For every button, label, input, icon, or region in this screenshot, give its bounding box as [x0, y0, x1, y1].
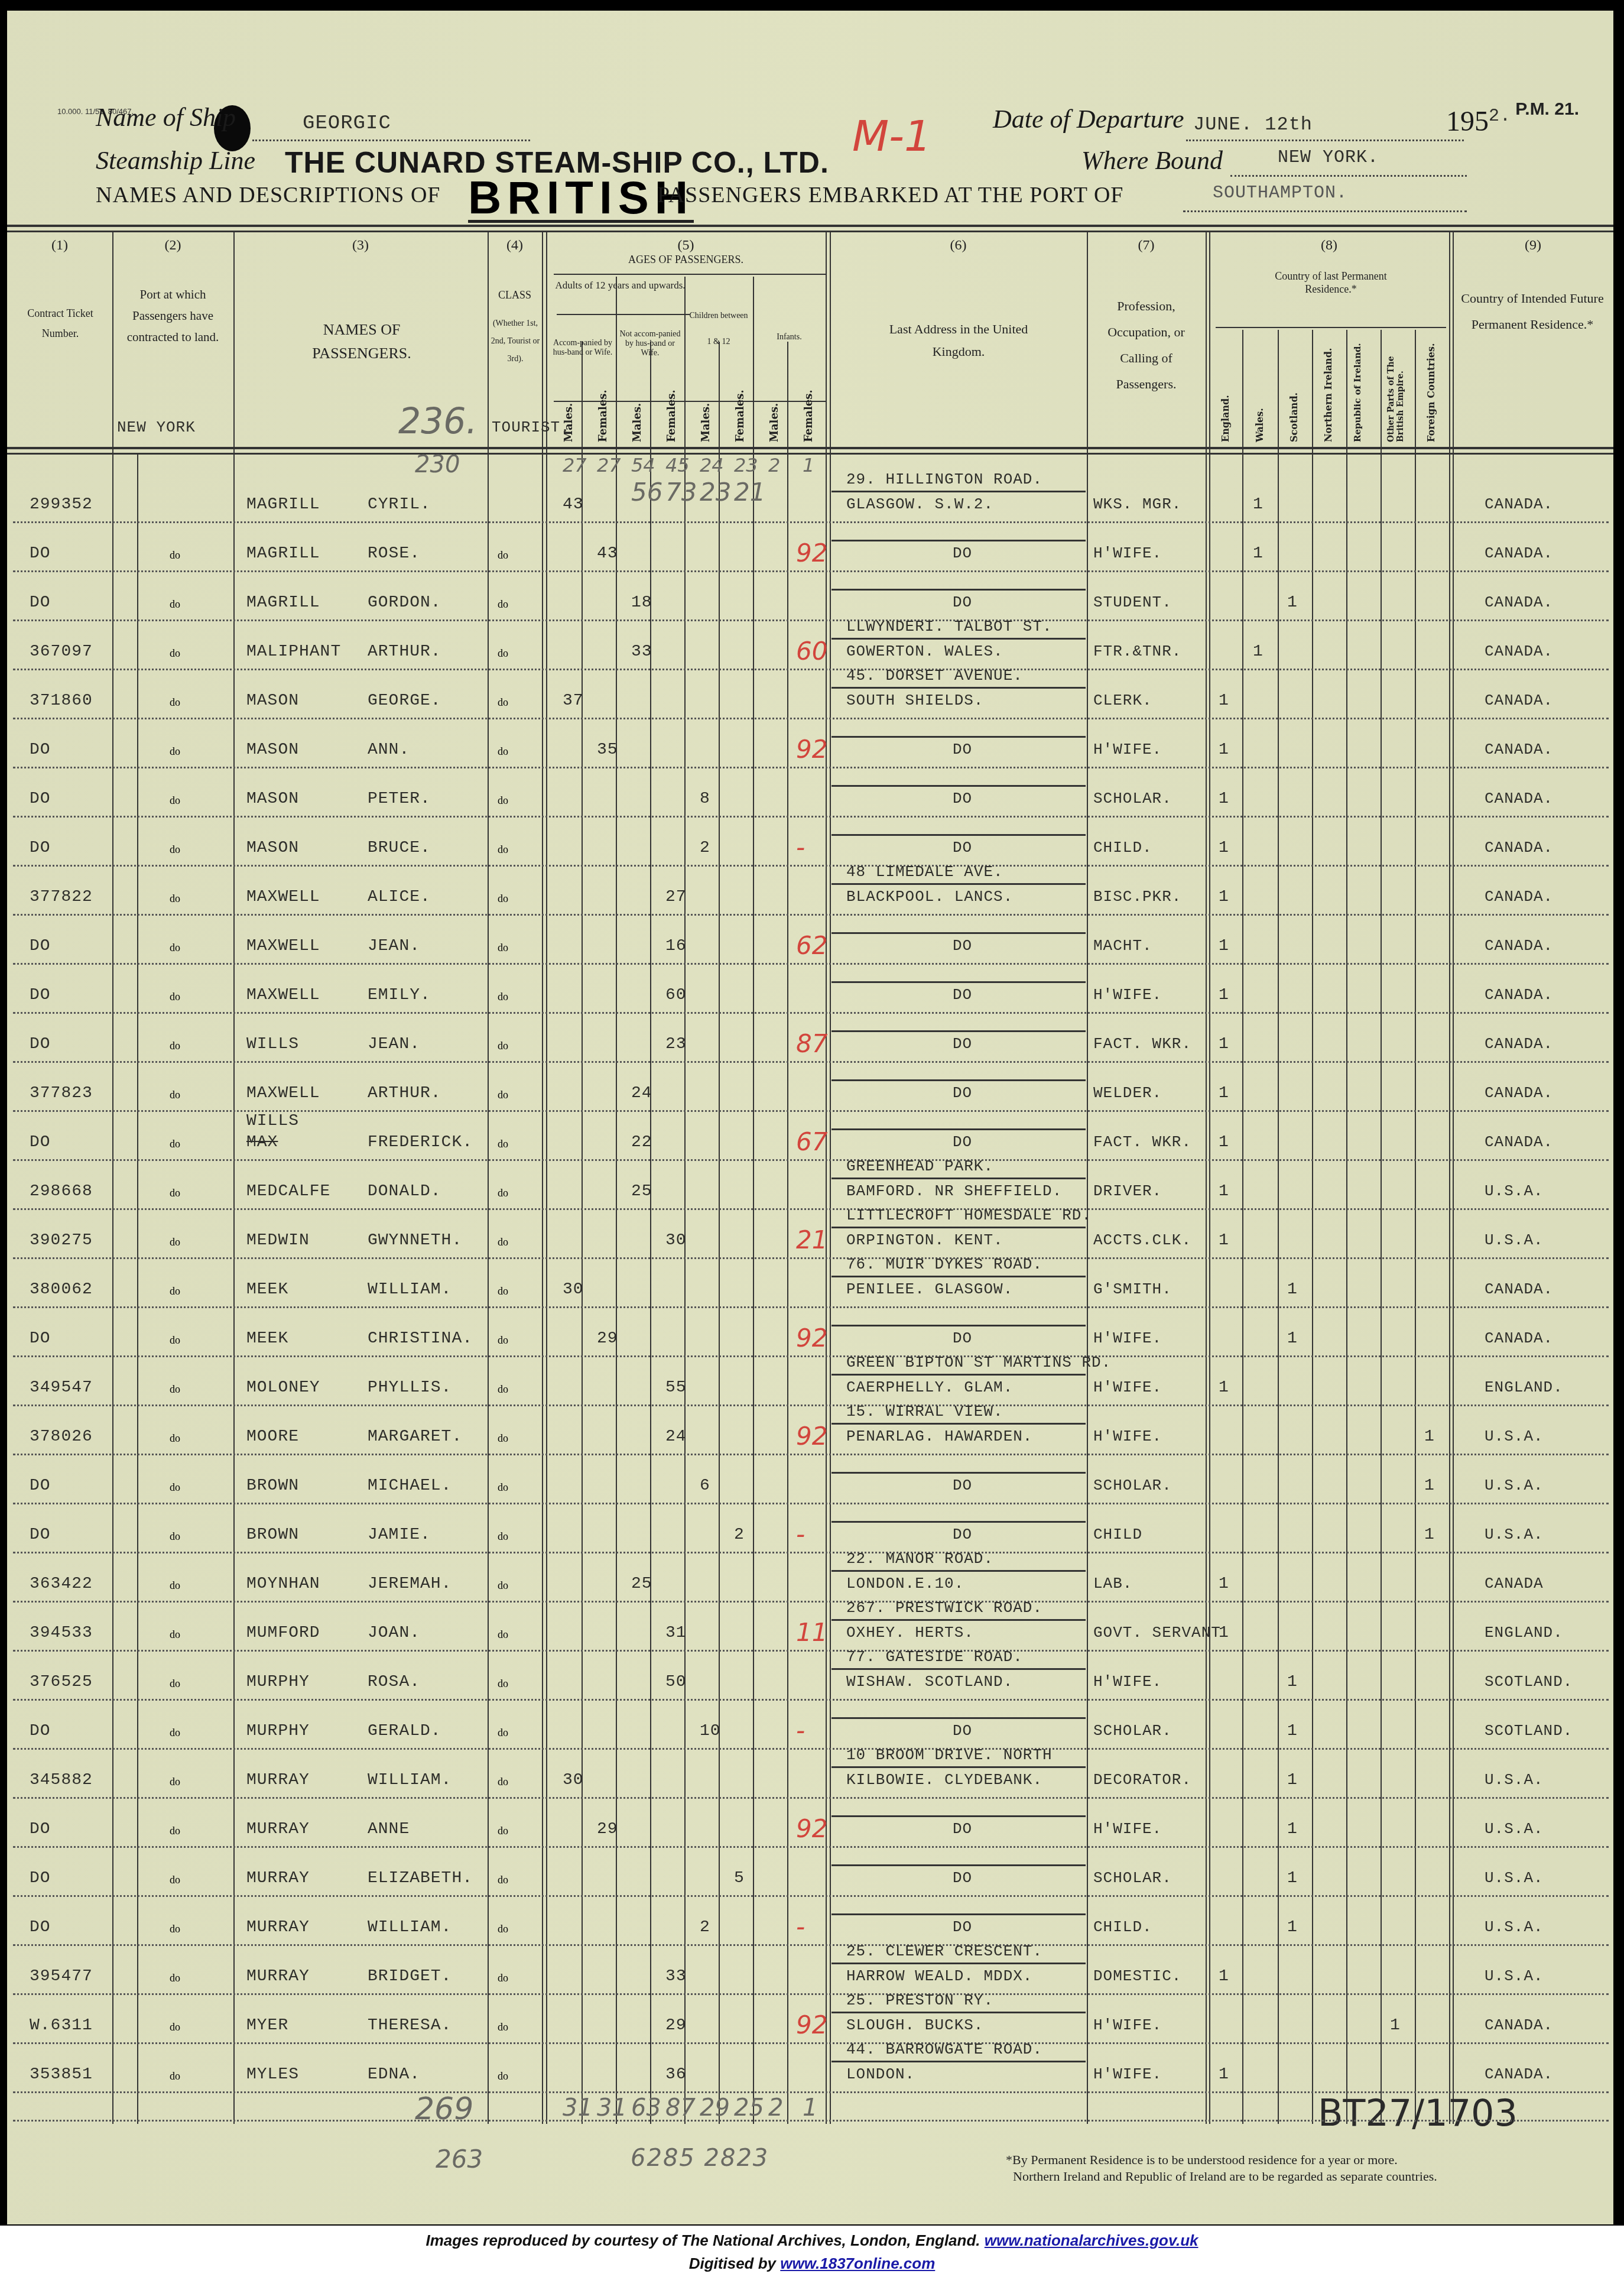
col-divider [1278, 330, 1279, 2124]
class-ditto: do [498, 1383, 508, 1396]
col7-header: Profession, Occupation, or Calling of Pa… [1094, 293, 1198, 397]
class-ditto: do [498, 1089, 508, 1101]
red-annotation: 11 [796, 1618, 827, 1647]
col9-num: (9) [1453, 235, 1613, 255]
country-british-empire-header: Other Parts of The British Empire. [1386, 342, 1410, 442]
archive-reference: BT27/1703 [1318, 2091, 1518, 2135]
future-residence: CANADA. [1485, 593, 1553, 611]
future-residence: U.S.A. [1485, 1526, 1544, 1543]
address-rule [832, 1619, 1086, 1621]
country-mark: 1 [1219, 1231, 1229, 1250]
row-dotted-rule [13, 1257, 1609, 1259]
surname: MYER [246, 2016, 288, 2035]
age-value: 43 [597, 544, 618, 563]
address-line-2: DO [953, 986, 972, 1004]
occupation: H'WIFE. [1093, 2065, 1162, 2083]
country-mark: 1 [1219, 839, 1229, 857]
red-annotation: - [796, 833, 805, 862]
ticket-number: 371860 [30, 692, 93, 710]
tally-bottom-value: 25 [734, 2094, 764, 2122]
country-mark: 1 [1219, 986, 1229, 1004]
address-line-2: ORPINGTON. KENT. [846, 1231, 1003, 1249]
surname: MAGRILL [246, 593, 320, 612]
port-ditto: do [170, 598, 180, 611]
given-name: JEREMAH. [368, 1575, 452, 1593]
port-ditto: do [170, 745, 180, 758]
given-name: ALICE. [368, 888, 431, 906]
tally-bottom-value: 29 [700, 2094, 730, 2122]
occupation: ACCTS.CLK. [1093, 1231, 1191, 1249]
address-line-2: WISHAW. SCOTLAND. [846, 1673, 1013, 1691]
occupation: SCHOLAR. [1093, 1722, 1172, 1740]
row-dotted-rule [13, 1797, 1609, 1799]
given-name: ROSE. [368, 544, 420, 563]
1837online-link[interactable]: www.1837online.com [780, 2255, 935, 2272]
occupation: STUDENT. [1093, 593, 1172, 611]
col4-class-value: TOURIST. [492, 419, 570, 436]
ticket-number: 377823 [30, 1084, 93, 1102]
age-value: 43 [563, 495, 584, 514]
class-ditto: do [498, 1579, 508, 1592]
steamship-line-label: Steamship Line [96, 145, 255, 176]
address-line-1: 267. PRESTWICK ROAD. [846, 1599, 1042, 1617]
tally-top-value: 27 [563, 454, 587, 476]
surname: MURRAY [246, 1869, 310, 1887]
age-value: 33 [631, 643, 652, 661]
row-dotted-rule [13, 1650, 1609, 1652]
given-name: WILLIAM. [368, 1771, 452, 1789]
country-mark: 1 [1219, 937, 1229, 955]
col8-num: (8) [1209, 235, 1449, 255]
port-ditto: do [170, 942, 180, 954]
red-annotation-m1: M-1 [852, 111, 931, 161]
occupation: CHILD. [1093, 1918, 1152, 1936]
address-rule [832, 1815, 1086, 1817]
surname: MOORE [246, 1428, 299, 1446]
col3-pencil-count: 236. [398, 401, 478, 442]
age-value: 18 [631, 593, 652, 612]
country-northern-ireland-header: Northern Ireland. [1323, 342, 1334, 442]
occupation: H'WIFE. [1093, 1329, 1162, 1347]
col5-header: AGES OF PASSENGERS. [546, 253, 826, 266]
address-rule [832, 932, 1086, 934]
row-dotted-rule [13, 669, 1609, 670]
class-ditto: do [498, 1727, 508, 1739]
surname: WILLS [246, 1035, 299, 1053]
col-divider [1381, 330, 1382, 2124]
country-mark: 1 [1219, 1035, 1229, 1053]
col5-num: (5) [546, 235, 826, 255]
country-mark: 1 [1219, 1967, 1229, 1986]
port-value: SOUTHAMPTON. [1213, 183, 1347, 203]
age-value: 31 [665, 1624, 687, 1642]
age-value: 29 [665, 2016, 687, 2035]
ticket-number: DO [30, 1133, 51, 1152]
row-dotted-rule [13, 1699, 1609, 1701]
tally-name-top: 230 [415, 451, 460, 478]
country-mark: 1 [1253, 495, 1264, 514]
address-rule [832, 540, 1086, 541]
port-ditto: do [170, 893, 180, 905]
row-dotted-rule [13, 1454, 1609, 1455]
address-line-1: 22. MANOR ROAD. [846, 1550, 993, 1568]
future-residence: CANADA. [1485, 888, 1553, 906]
occupation: H'WIFE. [1093, 1673, 1162, 1691]
col4-num: (4) [488, 235, 542, 255]
address-line-2: LONDON. [846, 2065, 915, 2083]
address-line-2: DO [953, 839, 972, 857]
country-mark: 1 [1219, 790, 1229, 808]
class-ditto: do [498, 1776, 508, 1788]
port-ditto: do [170, 844, 180, 856]
ship-name-value: GEORGIC [303, 112, 391, 135]
port-ditto: do [170, 696, 180, 709]
row-dotted-rule [13, 1159, 1609, 1161]
class-ditto: do [498, 1236, 508, 1248]
occupation: H'WIFE. [1093, 1378, 1162, 1396]
surname: MOYNHAN [246, 1575, 320, 1593]
males-header: Males. [631, 407, 644, 442]
occupation: H'WIFE. [1093, 2016, 1162, 2034]
row-dotted-rule [13, 1944, 1609, 1946]
tally-name-total: 269 [415, 2091, 473, 2127]
address-line-2: DO [953, 790, 972, 807]
address-rule [832, 1766, 1086, 1768]
class-ditto: do [498, 696, 508, 709]
address-line-2: DO [953, 937, 972, 955]
col-divider [542, 232, 543, 2124]
address-line-2: SOUTH SHIELDS. [846, 692, 983, 709]
given-name: GORDON. [368, 593, 441, 612]
address-line-2: DO [953, 1722, 972, 1740]
surname: MALIPHANT [246, 643, 341, 661]
surname: MEDCALFE [246, 1182, 330, 1201]
row-dotted-rule [13, 1061, 1609, 1063]
given-name: JOAN. [368, 1624, 420, 1642]
tally-top-value: 1 [803, 454, 814, 476]
col8-header: Country of last Permanent Residence.* [1266, 270, 1396, 296]
given-name: MARGARET. [368, 1428, 462, 1446]
country-mark: 1 [1287, 1771, 1298, 1789]
surname: MASON [246, 692, 299, 710]
country-mark: 1 [1287, 1820, 1298, 1838]
address-rule [832, 638, 1086, 640]
port-ditto: do [170, 1972, 180, 1984]
given-name: ANNE [368, 1820, 410, 1838]
address-line-2: DO [953, 1869, 972, 1887]
row-dotted-rule [13, 1355, 1609, 1357]
row-dotted-rule [13, 1748, 1609, 1750]
red-annotation: 21 [796, 1225, 827, 1254]
country-foreign-header: Foreign Countries. [1425, 342, 1437, 442]
given-name: MICHAEL. [368, 1477, 452, 1495]
red-annotation: 62 [796, 931, 827, 960]
departure-date-value: JUNE. 12th [1193, 113, 1313, 135]
given-name: THERESA. [368, 2016, 452, 2035]
country-mark: 1 [1219, 1133, 1229, 1152]
red-annotation: 92 [796, 1422, 827, 1451]
tally-bottom-value: 87 [665, 2094, 696, 2122]
given-name: GWYNNETH. [368, 1231, 462, 1250]
future-residence: CANADA. [1485, 2016, 1553, 2034]
country-republic-ireland-header: Republic of Ireland. [1352, 342, 1376, 442]
surname: MUMFORD [246, 1624, 320, 1642]
tally-top-value-2: 73 [665, 478, 697, 507]
col-divider [830, 232, 831, 2124]
address-rule [832, 1472, 1086, 1474]
class-ditto: do [498, 1530, 508, 1543]
red-annotation: 60 [796, 637, 827, 666]
tally-bottom-value: 31 [597, 2094, 627, 2122]
col1-num: (1) [7, 235, 112, 255]
ticket-number: DO [30, 1820, 51, 1838]
address-rule [832, 1030, 1086, 1032]
occupation: LAB. [1093, 1575, 1132, 1592]
class-ditto: do [498, 2070, 508, 2083]
country-england-header: England. [1220, 342, 1231, 442]
port-ditto: do [170, 1874, 180, 1886]
age-value: 2 [700, 839, 710, 857]
col-divider [787, 342, 788, 2124]
given-name: JEAN. [368, 1035, 420, 1053]
future-residence: CANADA. [1485, 1329, 1553, 1347]
tally-bottom-value: 63 [631, 2094, 661, 2122]
col9-header: Country of Intended Future Permanent Res… [1459, 286, 1606, 338]
future-residence: CANADA. [1485, 790, 1553, 807]
red-annotation: 92 [796, 2010, 827, 2039]
address-rule [832, 1668, 1086, 1670]
red-annotation: 92 [796, 1324, 827, 1352]
ticket-number: DO [30, 544, 51, 563]
given-name: ARTHUR. [368, 1084, 441, 1102]
country-mark: 1 [1219, 1084, 1229, 1102]
adults-header: Adults of 12 years and upwards. [554, 280, 687, 291]
port-ditto: do [170, 1187, 180, 1199]
ticket-number: DO [30, 593, 51, 612]
given-name: JEAN. [368, 937, 420, 955]
tally-bottom-value: 31 [563, 2094, 593, 2122]
age-value: 55 [665, 1378, 687, 1397]
row-dotted-rule [13, 1601, 1609, 1603]
ticket-number: 367097 [30, 643, 93, 661]
ticket-number: DO [30, 1526, 51, 1544]
address-rule [832, 2012, 1086, 2013]
ticket-number: 298668 [30, 1182, 93, 1201]
future-residence: CANADA. [1485, 1035, 1553, 1053]
class-ditto: do [498, 1285, 508, 1298]
col3-num: (3) [233, 235, 488, 255]
address-line-2: KILBOWIE. CLYDEBANK. [846, 1771, 1042, 1789]
port-ditto: do [170, 1089, 180, 1101]
col-divider [1312, 330, 1313, 2124]
class-ditto: do [498, 1629, 508, 1641]
row-dotted-rule [13, 767, 1609, 768]
tally-top-value: 27 [597, 454, 621, 476]
country-mark: 1 [1424, 1477, 1435, 1495]
country-mark: 1 [1219, 1182, 1229, 1201]
address-line-2: GOWERTON. WALES. [846, 643, 1003, 660]
age-value: 30 [665, 1231, 687, 1250]
country-mark: 1 [1424, 1428, 1435, 1446]
address-rule [832, 1423, 1086, 1425]
port-ditto: do [170, 1923, 180, 1935]
address-rule [832, 1374, 1086, 1376]
future-residence: U.S.A. [1485, 1967, 1544, 1985]
credits-band: Images reproduced by courtesy of The Nat… [0, 2226, 1624, 2277]
credits-text-1: Images reproduced by courtesy of The Nat… [426, 2231, 980, 2249]
ticket-number: DO [30, 937, 51, 955]
class-ditto: do [498, 598, 508, 611]
address-line-2: HARROW WEALD. MDDX. [846, 1967, 1032, 1985]
occupation: H'WIFE. [1093, 1820, 1162, 1838]
occupation: DECORATOR. [1093, 1771, 1191, 1789]
surname: MASON [246, 839, 299, 857]
national-archives-link[interactable]: www.nationalarchives.gov.uk [985, 2231, 1198, 2249]
ticket-number: DO [30, 1329, 51, 1348]
class-ditto: do [498, 1334, 508, 1347]
future-residence: U.S.A. [1485, 1918, 1544, 1936]
address-line-2: OXHEY. HERTS. [846, 1624, 974, 1642]
col-divider [1209, 232, 1210, 2124]
bottom-dotted-rule [13, 2120, 1609, 2122]
surname: MOLONEY [246, 1378, 320, 1397]
address-rule [832, 1128, 1086, 1130]
header-rule-top-2 [7, 231, 1613, 232]
country-mark: 1 [1253, 643, 1264, 661]
country-mark: 1 [1219, 1575, 1229, 1593]
col-divider [112, 232, 113, 2124]
port-ditto: do [170, 1629, 180, 1641]
port-ditto: do [170, 1579, 180, 1592]
class-ditto: do [498, 745, 508, 758]
row-dotted-rule [13, 2042, 1609, 2044]
tally-top-value: 23 [734, 454, 758, 476]
occupation: CHILD. [1093, 839, 1152, 857]
tally-bottom-value: 2 [768, 2094, 783, 2122]
departure-year: 1952. [1446, 105, 1511, 138]
port-ditto: do [170, 2070, 180, 2083]
surname: WILLS [246, 1112, 299, 1130]
address-line-2: DO [953, 1526, 972, 1543]
port-ditto: do [170, 2021, 180, 2033]
row-dotted-rule [13, 718, 1609, 719]
age-value: 36 [665, 2065, 687, 2084]
ship-name-field: GEORGIC [252, 111, 530, 141]
address-rule [832, 589, 1086, 591]
surname: MEEK [246, 1280, 288, 1299]
address-rule [832, 834, 1086, 836]
port-ditto: do [170, 1432, 180, 1445]
males-header: Males. [563, 407, 575, 442]
class-ditto: do [498, 1481, 508, 1494]
country-mark: 1 [1219, 692, 1229, 710]
class-ditto: do [498, 1040, 508, 1052]
row-dotted-rule [13, 1846, 1609, 1848]
address-rule [832, 1717, 1086, 1719]
surname: MAXWELL [246, 986, 320, 1004]
future-residence: SCOTLAND. [1485, 1722, 1573, 1740]
address-line-2: BAMFORD. NR SHEFFIELD. [846, 1182, 1062, 1200]
col4-header-class: CLASS [489, 288, 541, 301]
occupation: DOMESTIC. [1093, 1967, 1181, 1985]
country-mark: 1 [1287, 1722, 1298, 1740]
address-line-2: DO [953, 593, 972, 611]
red-annotation: 87 [796, 1029, 827, 1058]
ticket-number: DO [30, 1918, 51, 1937]
class-ditto: do [498, 942, 508, 954]
future-residence: CANADA. [1485, 741, 1553, 758]
age-value: 16 [665, 937, 687, 955]
females-header: Females. [597, 407, 609, 442]
address-rule [832, 1178, 1086, 1179]
col-divider [1087, 232, 1088, 2124]
address-line-2: DO [953, 1820, 972, 1838]
surname: MURRAY [246, 1820, 310, 1838]
country-mark: 1 [1287, 1918, 1298, 1937]
age-value: 27 [665, 888, 687, 906]
future-residence: CANADA. [1485, 1084, 1553, 1102]
future-residence: CANADA. [1485, 544, 1553, 562]
credits-line-2: Digitised by www.1837online.com [0, 2255, 1624, 2273]
given-name: BRUCE. [368, 839, 431, 857]
address-rule [832, 1521, 1086, 1523]
port-ditto: do [170, 1334, 180, 1347]
red-annotation: - [796, 1912, 805, 1941]
surname: MURRAY [246, 1918, 310, 1937]
surname-struck: MAX [246, 1133, 278, 1152]
occupation: H'WIFE. [1093, 1428, 1162, 1445]
ticket-number: 299352 [30, 495, 93, 514]
address-rule [832, 1913, 1086, 1915]
surname: MURRAY [246, 1771, 310, 1789]
given-name: WILLIAM. [368, 1280, 452, 1299]
port-ditto: do [170, 549, 180, 562]
ticket-number: 376525 [30, 1673, 93, 1691]
occupation: G'SMITH. [1093, 1280, 1172, 1298]
given-name: EDNA. [368, 2065, 420, 2084]
given-name: CHRISTINA. [368, 1329, 473, 1348]
tally-top-value-2: 56 [631, 478, 662, 507]
ticket-number: 395477 [30, 1967, 93, 1986]
tally-bottom-value: 1 [803, 2094, 817, 2122]
future-residence: CANADA. [1485, 643, 1553, 660]
form-code: P.M. 21. [1515, 99, 1579, 119]
ticket-number: 380062 [30, 1280, 93, 1299]
occupation: FACT. WKR. [1093, 1035, 1191, 1053]
future-residence: CANADA [1485, 1575, 1544, 1592]
col-divider [719, 342, 720, 2124]
class-ditto: do [498, 1187, 508, 1199]
address-line-1: GREEN BIPTON ST MARTINS RD. [846, 1354, 1111, 1371]
port-ditto: do [170, 1530, 180, 1543]
age-value: 24 [665, 1428, 687, 1446]
class-ditto: do [498, 549, 508, 562]
col2-port-value: NEW YORK [117, 419, 196, 436]
class-ditto: do [498, 991, 508, 1003]
address-line-1: 44. BARROWGATE ROAD. [846, 2041, 1042, 2058]
address-rule [832, 1963, 1086, 1964]
address-line-2: DO [953, 1084, 972, 1102]
port-ditto: do [170, 991, 180, 1003]
red-annotation: 92 [796, 1814, 827, 1843]
age-value: 10 [700, 1722, 721, 1740]
year-prefix: 195 [1446, 106, 1489, 137]
accompanied-header: Accom-panied by hus-band or Wife. [550, 339, 616, 358]
address-line-1: 77. GATESIDE ROAD. [846, 1648, 1023, 1666]
header-rule-top [7, 225, 1613, 227]
age-value: 24 [631, 1084, 652, 1102]
col1-header: Contract Ticket Number. [19, 303, 102, 343]
